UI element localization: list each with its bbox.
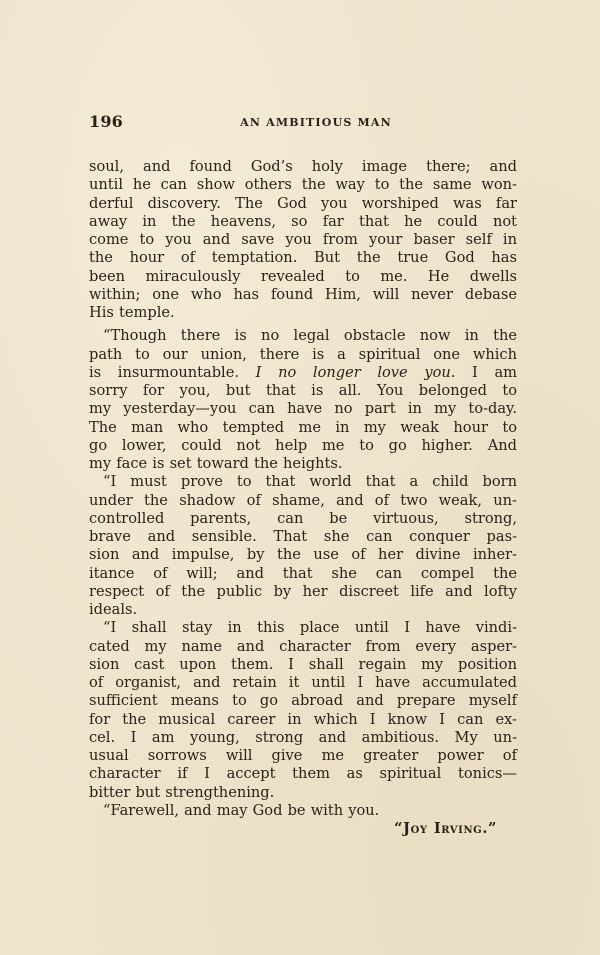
running-head: 196 AN AMBITIOUS MAN: [89, 112, 517, 136]
text-line: cel. I am young, strong and ambitious. M…: [89, 729, 517, 747]
text-line: His temple.: [89, 304, 517, 322]
book-page: 196 AN AMBITIOUS MAN soul, and found God…: [89, 112, 517, 838]
running-title: AN AMBITIOUS MAN: [89, 116, 517, 129]
text-line: usual sorrows will give me greater power…: [89, 747, 517, 765]
text-line: within; one who has found Him, will neve…: [89, 286, 517, 304]
text-line: my yesterday—you can have no part in my …: [89, 400, 517, 418]
text-line: controlled parents, can be virtuous, str…: [89, 510, 517, 528]
text-line: itance of will; and that she can compel …: [89, 565, 517, 583]
text-line: “Farewell, and may God be with you.: [89, 802, 517, 820]
text-line: bitter but strengthening.: [89, 784, 517, 802]
signature: “Joy Irving.”: [89, 820, 517, 838]
text-line: the hour of temptation. But the true God…: [89, 249, 517, 267]
text-line: derful discovery. The God you worshiped …: [89, 195, 517, 213]
text-line: sorry for you, but that is all. You belo…: [89, 382, 517, 400]
text-line: of organist, and retain it until I have …: [89, 674, 517, 692]
text-line: under the shadow of shame, and of two we…: [89, 492, 517, 510]
paragraph: “I must prove to that world that a child…: [89, 473, 517, 619]
body-text: soul, and found God’s holy image there; …: [89, 158, 517, 838]
text-line: The man who tempted me in my weak hour t…: [89, 419, 517, 437]
text-line: “I must prove to that world that a child…: [89, 473, 517, 491]
text-line: sion cast upon them. I shall regain my p…: [89, 656, 517, 674]
text-line: go lower, could not help me to go higher…: [89, 437, 517, 455]
text-line: character if I accept them as spiritual …: [89, 765, 517, 783]
text-line: come to you and save you from your baser…: [89, 231, 517, 249]
text-line: my face is set toward the heights.: [89, 455, 517, 473]
text-line: cated my name and character from every a…: [89, 638, 517, 656]
paragraph: “I shall stay in this place until I have…: [89, 619, 517, 802]
text-line: “Though there is no legal obstacle now i…: [89, 327, 517, 345]
emphasis-text: I no longer love you.: [256, 364, 456, 381]
text-line: brave and sensible. That she can conquer…: [89, 528, 517, 546]
text-line: sion and impulse, by the use of her divi…: [89, 546, 517, 564]
text-line: is insurmountable. I no longer love you.…: [89, 364, 517, 382]
text-line: ideals.: [89, 601, 517, 619]
text-line: soul, and found God’s holy image there; …: [89, 158, 517, 176]
text-line: for the musical career in which I know I…: [89, 711, 517, 729]
paragraph: “Farewell, and may God be with you.: [89, 802, 517, 820]
text-line: respect of the public by her discreet li…: [89, 583, 517, 601]
text-line: path to our union, there is a spiritual …: [89, 346, 517, 364]
text-line: away in the heavens, so far that he coul…: [89, 213, 517, 231]
text-line: sufficient means to go abroad and prepar…: [89, 692, 517, 710]
paragraph: “Though there is no legal obstacle now i…: [89, 327, 517, 473]
paragraph: soul, and found God’s holy image there; …: [89, 158, 517, 322]
text-line: been miraculously revealed to me. He dwe…: [89, 268, 517, 286]
text-line: “I shall stay in this place until I have…: [89, 619, 517, 637]
text-line: until he can show others the way to the …: [89, 176, 517, 194]
